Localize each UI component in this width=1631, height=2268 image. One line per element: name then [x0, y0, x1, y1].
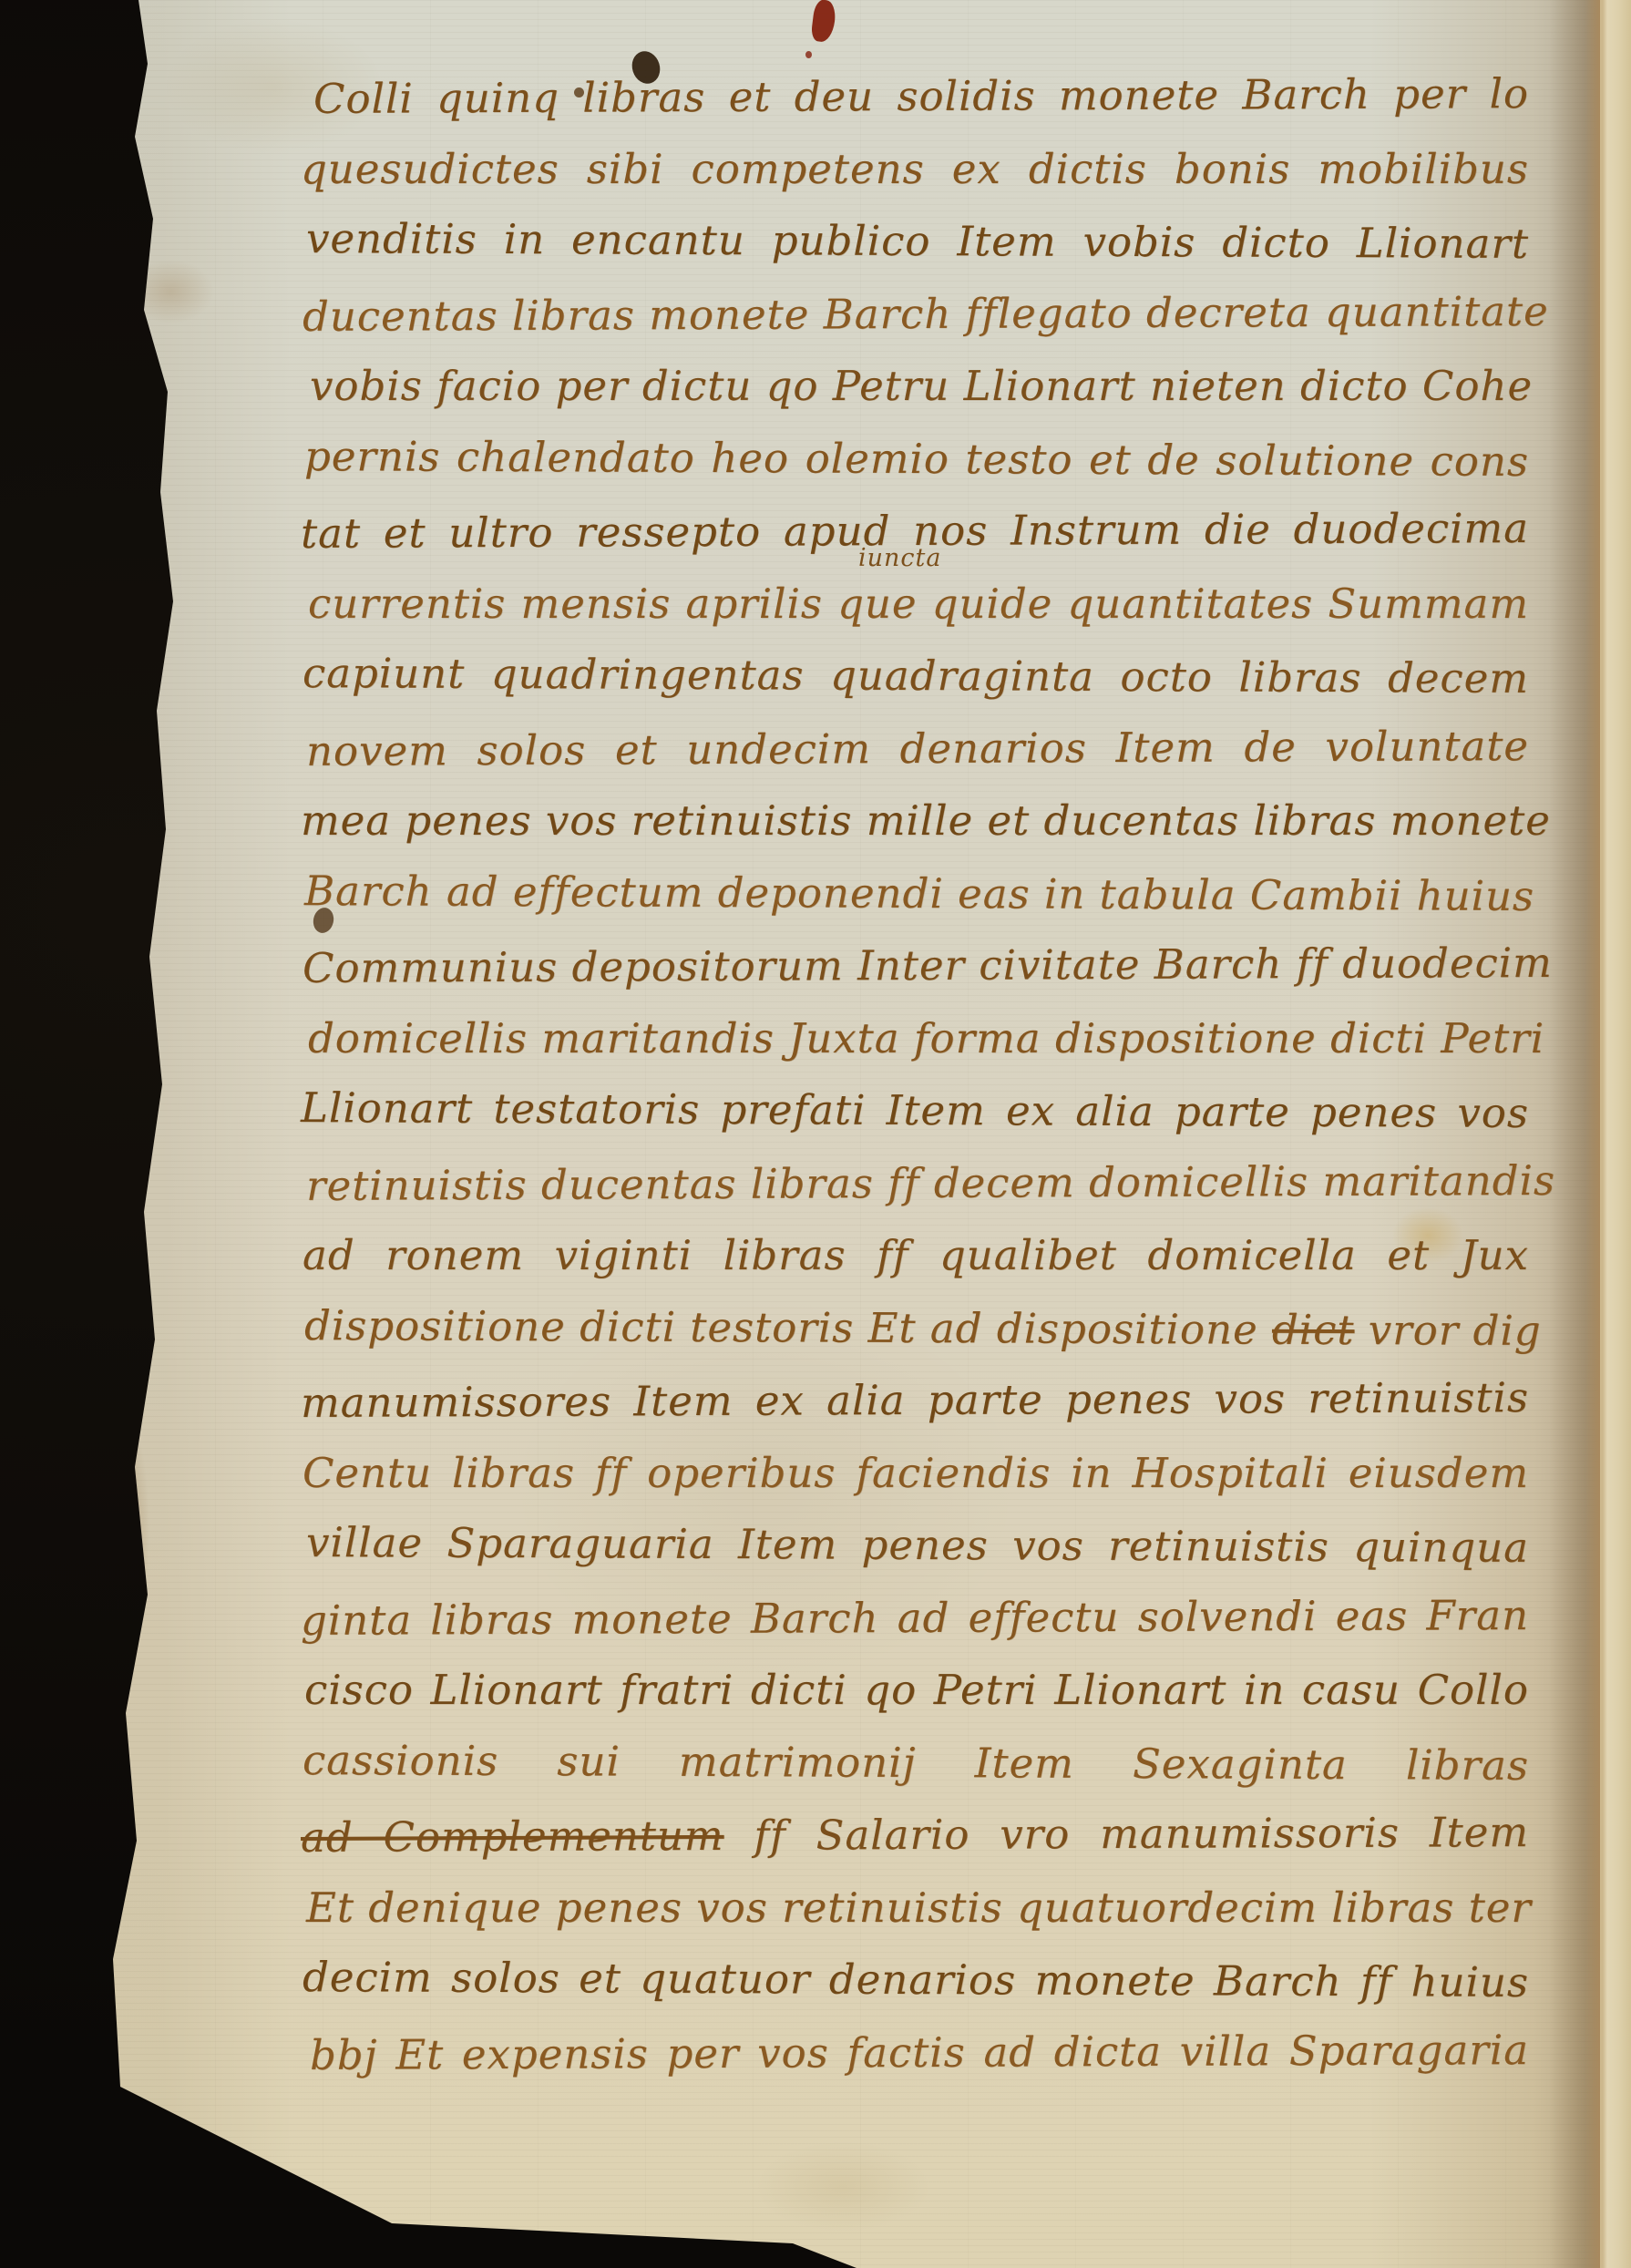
line-text: ginta libras monete Barch ad effectu sol… — [301, 1591, 1529, 1645]
line-text: novem solos et undecim denarios Item de … — [306, 722, 1529, 775]
line-text: Llionart testatoris prefati Item ex alia… — [301, 1083, 1529, 1137]
line-text: cisco Llionart fratri dicti qo Petri Lli… — [304, 1666, 1529, 1714]
line-text: retinuistis ducentas libras ff decem dom… — [306, 1155, 1555, 1209]
manuscript-line: Llionart testatoris prefati Item ex alia… — [301, 1072, 1529, 1149]
stain — [756, 2141, 929, 2232]
line-text: Communius depositorum Inter civitate Bar… — [303, 939, 1553, 992]
struck-text: dict — [1272, 1305, 1355, 1353]
manuscript-line: villae Sparaguaria Item penes vos retinu… — [306, 1506, 1529, 1584]
manuscript-line: currentis mensis aprilis que quide quant… — [308, 568, 1529, 641]
struck-text: ad Complementum — [301, 1811, 724, 1862]
line-text: Barch ad effectum deponendi eas in tabul… — [304, 867, 1534, 920]
line-text: pernis chalendato heo olemio testo et de… — [304, 432, 1529, 486]
manuscript-line: novem solos et undecim denarios Item de … — [306, 710, 1529, 787]
manuscript-line: ad Complementum ff Salario vro manumisso… — [301, 1796, 1529, 1873]
line-text: Et denique penes vos retinuistis quatuor… — [306, 1883, 1532, 1932]
manuscript-line: ginta libras monete Barch ad effectu sol… — [301, 1579, 1529, 1657]
manuscript-line: pernis chalendato heo olemio testo et de… — [304, 420, 1529, 498]
manuscript-line: Barch ad effectum deponendi eas in tabul… — [304, 855, 1529, 932]
manuscript-line: cisco Llionart fratri dicti qo Petri Lli… — [304, 1654, 1529, 1727]
manuscript-line: domicellis maritandis Juxta forma dispos… — [308, 1002, 1529, 1075]
line-text: vobis facio per dictu qo Petru Llionart … — [310, 362, 1533, 410]
line-text: mea penes vos retinuistis mille et ducen… — [301, 796, 1551, 845]
manuscript-line: venditis in encantu publico Item vobis d… — [306, 202, 1529, 280]
line-text: decim solos et quatuor denarios monete B… — [303, 1953, 1529, 2006]
line-text: capiunt quadringentas quadraginta octo l… — [303, 649, 1529, 703]
manuscript-line: retinuistis ducentas libras ff decem dom… — [306, 1144, 1529, 1222]
line-text: dispositione dicti testoris Et ad dispos… — [304, 1301, 1272, 1354]
line-text: domicellis maritandis Juxta forma dispos… — [308, 1014, 1544, 1062]
manuscript-line: decim solos et quatuor denarios monete B… — [303, 1941, 1529, 2018]
line-text: currentis mensis aprilis que quide quant… — [308, 580, 1529, 628]
line-text: Centu libras ff operibus faciendis in Ho… — [303, 1449, 1529, 1497]
manuscript-line: ad ronem viginti libras ff qualibet domi… — [303, 1219, 1529, 1292]
manuscript-line: vobis facio per dictu qo Petru Llionart … — [310, 350, 1529, 423]
edge-stain — [108, 1421, 149, 1640]
stain — [128, 260, 214, 323]
manuscript-line: Colli quinq libras et deu solidis monete… — [313, 57, 1529, 135]
line-text: Colli quinq libras et deu solidis monete… — [313, 69, 1529, 123]
line-text: bbj Et expensis per vos factis ad dicta … — [310, 2026, 1529, 2079]
line-text: villae Sparaguaria Item penes vos retinu… — [306, 1518, 1529, 1572]
line-text: quesudictes sibi competens ex dictis bon… — [301, 145, 1529, 193]
line-text: ad ronem viginti libras ff qualibet domi… — [303, 1231, 1529, 1279]
manuscript-line: Et denique penes vos retinuistis quatuor… — [306, 1872, 1529, 1945]
line-text: venditis in encantu publico Item vobis d… — [306, 214, 1529, 268]
red-ink-dot — [805, 51, 812, 58]
line-text: ff Salario vro manumissoris Item — [723, 1808, 1529, 1860]
manuscript-line: capiunt quadringentas quadraginta octo l… — [303, 637, 1529, 714]
manuscript-page: iuncta Colli quinq libras et deu solidis… — [0, 0, 1631, 2268]
photo-background: iuncta Colli quinq libras et deu solidis… — [0, 0, 1631, 2268]
manuscript-line: bbj Et expensis per vos factis ad dicta … — [310, 2014, 1529, 2091]
manuscript-line: quesudictes sibi competens ex dictis bon… — [301, 133, 1529, 206]
text-block: iuncta Colli quinq libras et deu solidis… — [301, 60, 1529, 2088]
manuscript-line: Communius depositorum Inter civitate Bar… — [303, 927, 1529, 1004]
manuscript-photo: { "document": { "description_label": "ha… — [0, 0, 1631, 2268]
manuscript-line: cassionis sui matrimonij Item Sexaginta … — [303, 1724, 1529, 1801]
line-text: ducentas libras monete Barch fflegato de… — [303, 286, 1549, 340]
manuscript-line: manumissores Item ex alia parte penes vo… — [301, 1361, 1529, 1439]
manuscript-line: tat et ultro ressepto apud nos Instrum d… — [301, 492, 1529, 570]
page-gutter-shadow — [1549, 0, 1600, 2268]
manuscript-line: dispositione dicti testoris Et ad dispos… — [304, 1289, 1529, 1367]
manuscript-line: mea penes vos retinuistis mille et ducen… — [301, 785, 1529, 857]
adjacent-page-edge — [1600, 0, 1631, 2268]
line-text: cassionis sui matrimonij Item Sexaginta … — [303, 1736, 1529, 1790]
line-text: tat et ultro ressepto apud nos Instrum d… — [301, 504, 1529, 558]
line-text: manumissores Item ex alia parte penes vo… — [301, 1373, 1529, 1427]
line-text: vror dig — [1354, 1306, 1541, 1355]
manuscript-line: Centu libras ff operibus faciendis in Ho… — [303, 1437, 1529, 1510]
manuscript-line: ducentas libras monete Barch fflegato de… — [303, 275, 1529, 353]
